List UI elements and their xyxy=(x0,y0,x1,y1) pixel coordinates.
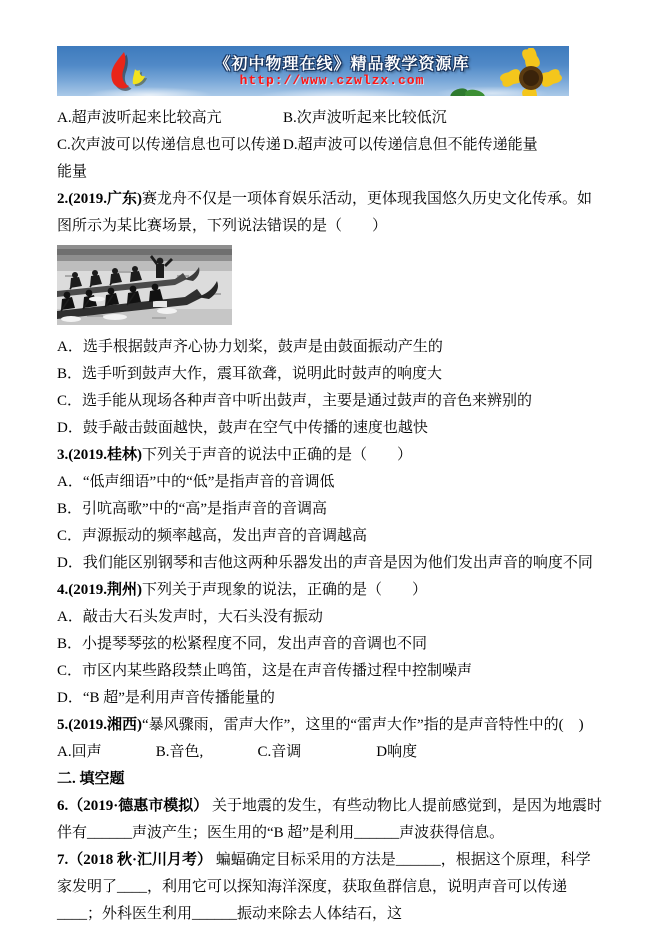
q4-stem: 4.(2019.荆州)下列关于声现象的说法，正确的是（ ） xyxy=(57,577,604,604)
question-7: 7.（2018 秋·汇川月考） 蝙蝠确定目标采用的方法是______，根据这个原… xyxy=(57,847,604,928)
q3-option-d: D．我们能区别钢琴和吉他这两种乐器发出的声音是因为他们发出声音的响度不同 xyxy=(57,550,604,577)
leaves-icon xyxy=(449,82,489,96)
q2-option-b: B．选手听到鼓声大作，震耳欲聋，说明此时鼓声的响度大 xyxy=(57,361,604,388)
q3-option-a: A．“低声细语”中的“低”是指声音的音调低 xyxy=(57,469,604,496)
q3-option-b: B．引吭高歌”中的“高”是指声音的音调高 xyxy=(57,496,604,523)
question-6: 6.（2019·德惠市模拟） 关于地震的发生，有些动物比人提前感觉到，是因为地震… xyxy=(57,793,604,847)
q2-option-d: D．鼓手敲击鼓面越快，鼓声在空气中传播的速度也越快 xyxy=(57,415,604,442)
q4-option-a: A．敲击大石头发声时，大石头没有振动 xyxy=(57,604,604,631)
question-2: 2.(2019.广东)赛龙舟不仅是一项体育娱乐活动，更体现我国悠久历史文化传承。… xyxy=(57,186,604,442)
q3-label: 3.(2019.桂林) xyxy=(57,447,142,463)
banner-title: 《初中物理在线》精品教学资源库 xyxy=(177,51,507,74)
q1-option-d: D.超声波可以传递信息但不能传递能量 xyxy=(283,132,538,186)
question-5: 5.(2019.湘西)“暴风骤雨，雷声大作”，这里的“雷声大作”指的是声音特性中… xyxy=(57,712,604,766)
q1-option-b: B.次声波听起来比较低沉 xyxy=(283,105,447,132)
q2-stem: 2.(2019.广东)赛龙舟不仅是一项体育娱乐活动，更体现我国悠久历史文化传承。… xyxy=(57,186,604,240)
q5-option-b: B.音色, xyxy=(156,739,254,766)
q4-label: 4.(2019.荆州) xyxy=(57,582,142,598)
q4-option-d: D．“B 超”是利用声音传播能量的 xyxy=(57,685,604,712)
q5-label: 5.(2019.湘西) xyxy=(57,717,142,733)
section-2-heading: 二. 填空题 xyxy=(57,766,604,793)
worksheet-page: 《初中物理在线》精品教学资源库 http://www.czwlzx.com xyxy=(0,0,661,935)
question-4: 4.(2019.荆州)下列关于声现象的说法，正确的是（ ） A．敲击大石头发声时… xyxy=(57,577,604,712)
q2-option-a: A．选手根据鼓声齐心协力划桨，鼓声是由鼓面振动产生的 xyxy=(57,334,604,361)
q3-option-c: C．声源振动的频率越高，发出声音的音调越高 xyxy=(57,523,604,550)
question-3: 3.(2019.桂林)下列关于声音的说法中正确的是（ ） A．“低声细语”中的“… xyxy=(57,442,604,577)
q4-option-b: B．小提琴琴弦的松紧程度不同，发出声音的音调也不同 xyxy=(57,631,604,658)
q2-option-c: C．选手能从现场各种声音中听出鼓声，主要是通过鼓声的音色来辨别的 xyxy=(57,388,604,415)
q1-option-c: C.次声波可以传递信息也可以传递能量 xyxy=(57,132,283,186)
question-1-options: A.超声波听起来比较高亢 B.次声波听起来比较低沉 C.次声波可以传递信息也可以… xyxy=(57,105,604,186)
q2-label: 2.(2019.广东) xyxy=(57,191,142,207)
q5-option-c: C.音调 xyxy=(258,739,373,766)
q5-option-a: A.回声 xyxy=(57,739,152,766)
sunflower-icon xyxy=(497,48,565,96)
banner-url-link[interactable]: http://www.czwlzx.com xyxy=(187,73,477,88)
q4-option-c: C．市区内某些路段禁止鸣笛，这是在声音传播过程中控制噪声 xyxy=(57,658,604,685)
dragon-boat-race-photo xyxy=(57,245,232,325)
q5-option-d: D响度 xyxy=(376,739,417,766)
q7-label: 7.（2018 秋·汇川月考） xyxy=(57,852,212,868)
q3-stem: 3.(2019.桂林)下列关于声音的说法中正确的是（ ） xyxy=(57,442,604,469)
q5-stem: 5.(2019.湘西)“暴风骤雨，雷声大作”，这里的“雷声大作”指的是声音特性中… xyxy=(57,712,604,739)
q6-label: 6.（2019·德惠市模拟） xyxy=(57,798,208,814)
site-logo-icon xyxy=(99,49,155,95)
site-banner: 《初中物理在线》精品教学资源库 http://www.czwlzx.com xyxy=(57,46,569,96)
q1-option-a: A.超声波听起来比较高亢 xyxy=(57,105,283,132)
